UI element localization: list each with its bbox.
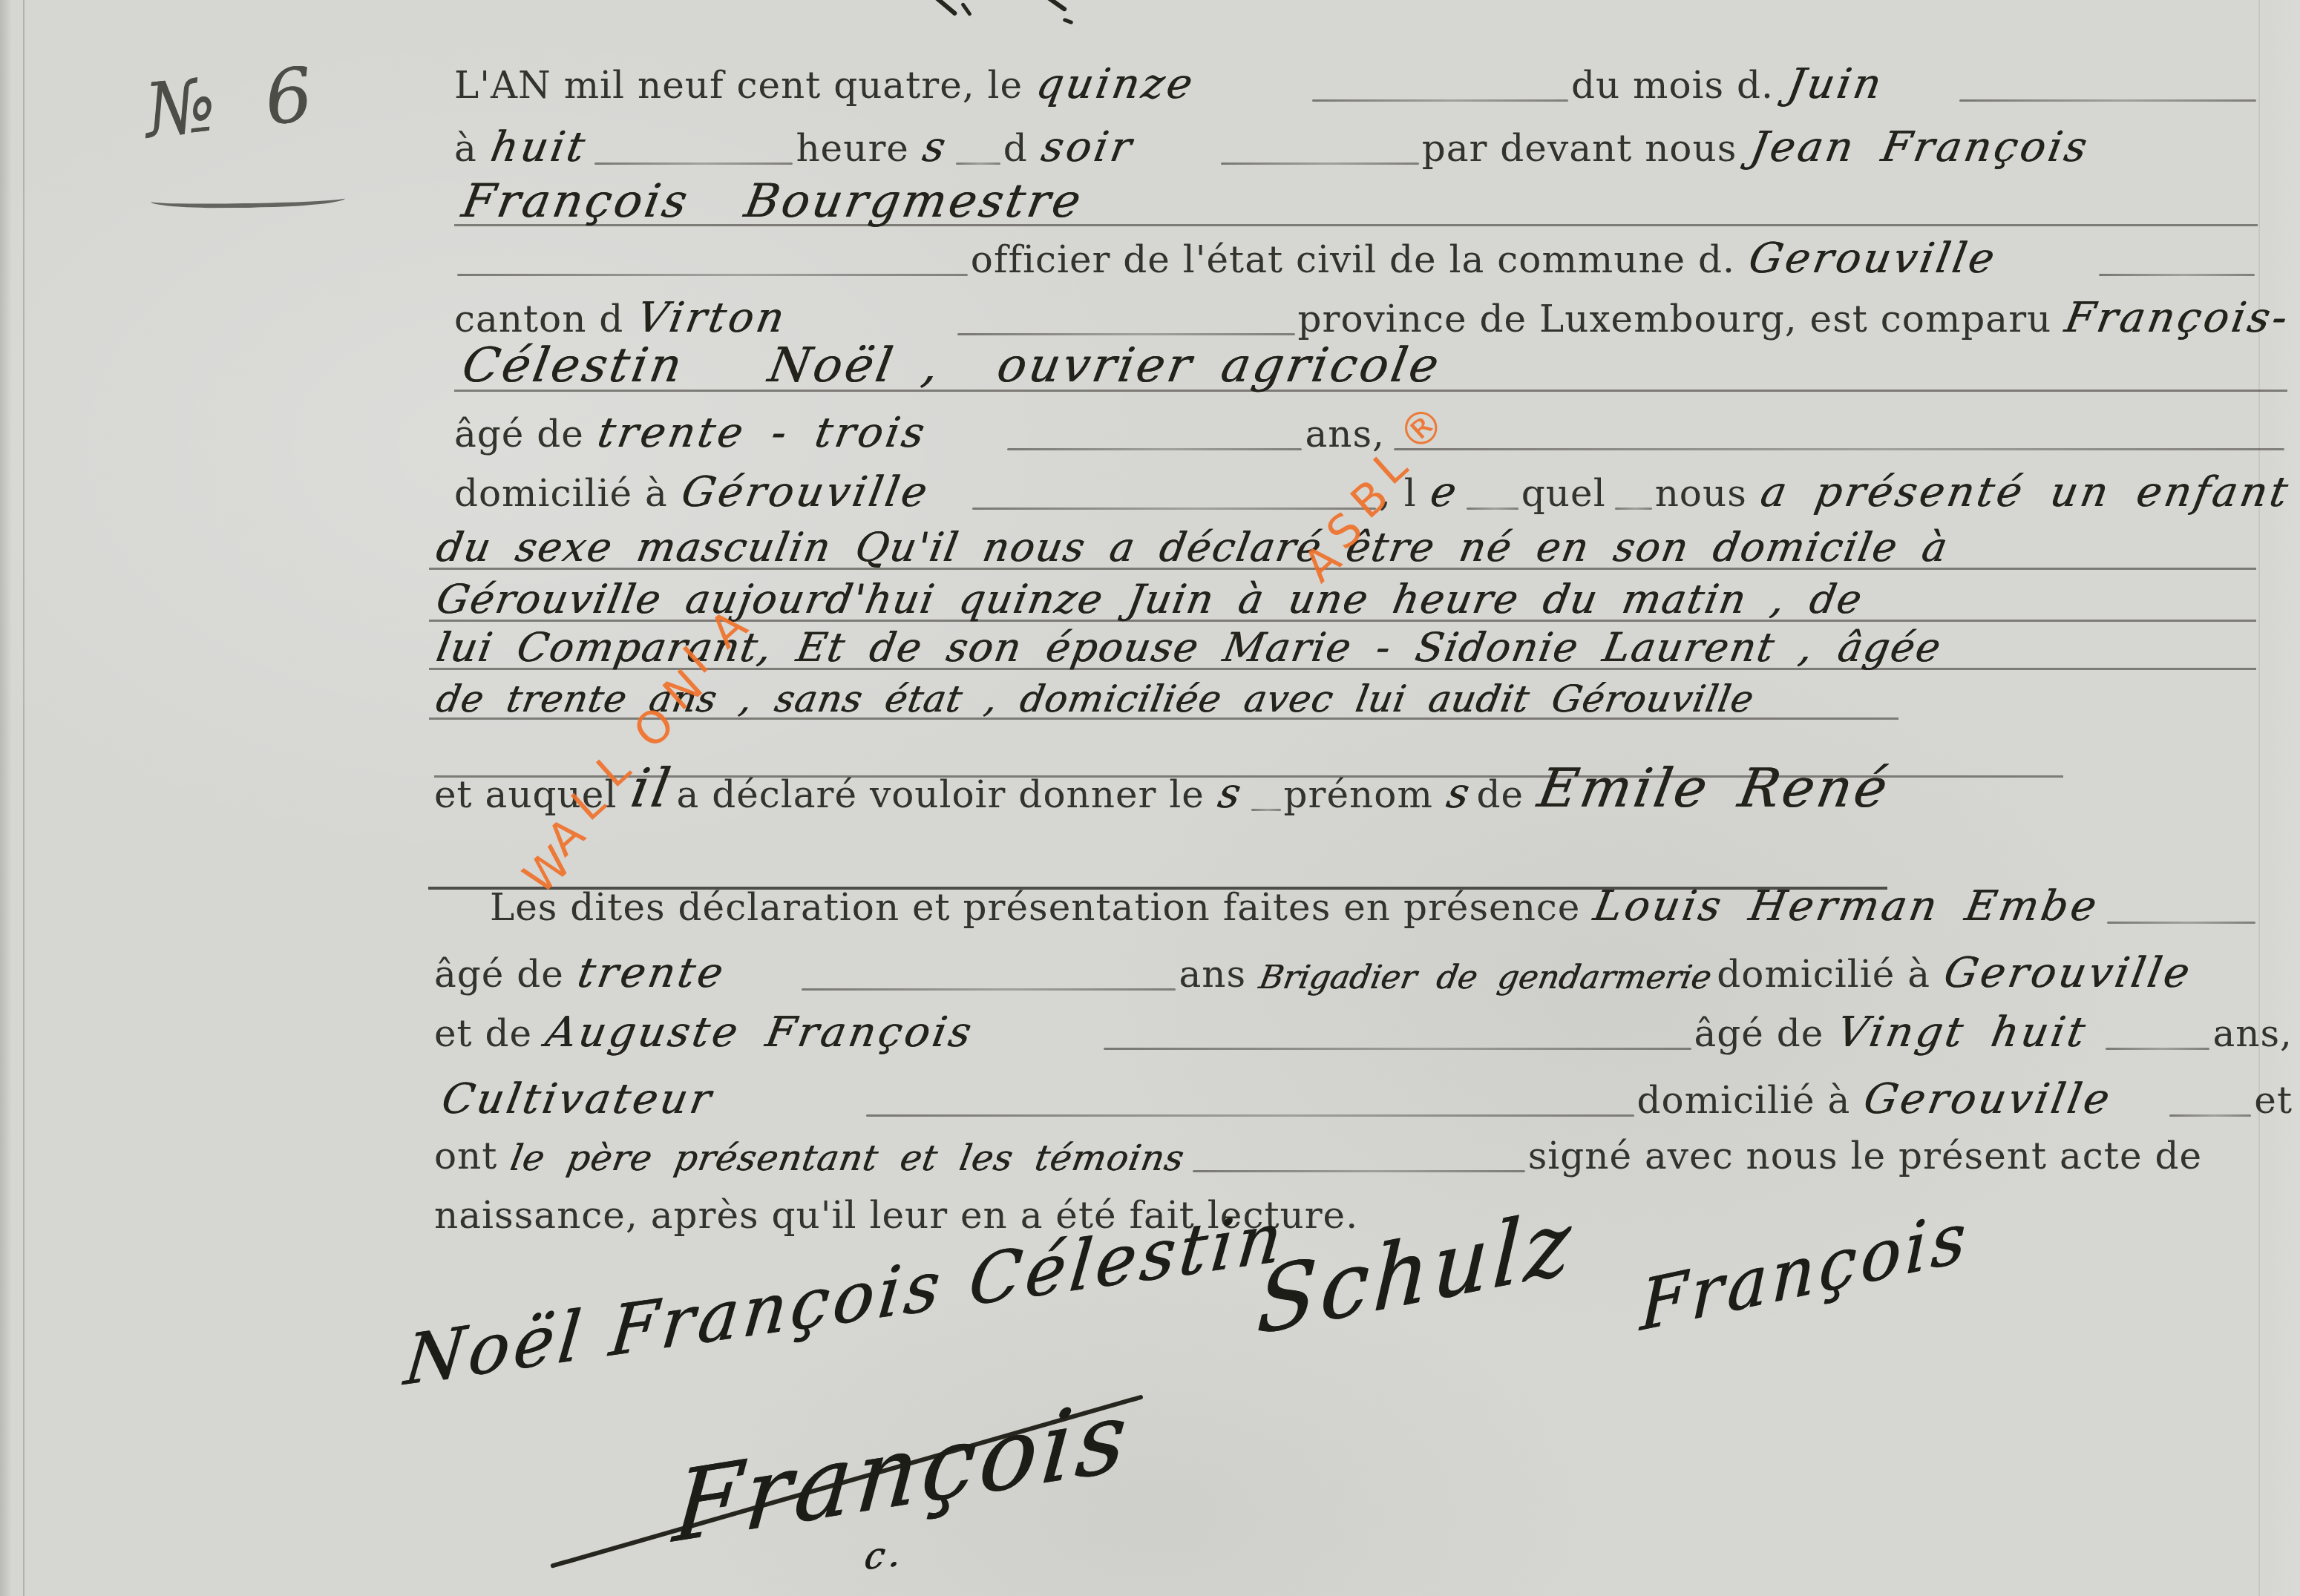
rule-line xyxy=(956,162,1000,165)
printed-text: canton d xyxy=(454,301,629,339)
handwritten-entry: Virton xyxy=(629,298,962,339)
handwritten-entry: s xyxy=(1210,773,1256,815)
signature: c. xyxy=(862,1535,908,1576)
handwritten-entry: Gérouville xyxy=(674,472,977,513)
printed-text: âgé de xyxy=(434,956,570,994)
printed-text: âgé de xyxy=(1694,1015,1830,1054)
printed-text: nous xyxy=(1655,475,1753,513)
rule-line xyxy=(2107,922,2255,924)
printed-text: domicilié à xyxy=(1717,956,1936,994)
rule-line xyxy=(1394,448,2284,450)
handwritten-entry: soir xyxy=(1034,127,1225,168)
rule-line xyxy=(2099,274,2255,276)
printed-text: province de Luxembourg, est comparu xyxy=(1298,301,2058,339)
handwritten-entry: trente xyxy=(570,953,806,994)
handwritten-entry: Jean François xyxy=(1743,127,2102,168)
handwritten-entry: Gerouville xyxy=(1741,238,2103,280)
printed-text: de xyxy=(1477,776,1530,815)
printed-text: âgé de xyxy=(454,416,590,454)
printed-text: prénom xyxy=(1284,776,1439,815)
rule-line xyxy=(866,1114,1634,1117)
rule-line xyxy=(1193,1170,1524,1172)
scanned-birth-certificate: № 6 L'AN mil neuf cent quatre, lequinzed… xyxy=(0,0,2300,1596)
form-line-19: Cultivateurdomicilié àGerouvilleet xyxy=(434,1068,2299,1120)
rule-line xyxy=(1467,508,1518,510)
printed-text: et de xyxy=(434,1015,538,1054)
rule-line xyxy=(1251,809,1281,811)
form-line-20: ontle père présentant et les témoinssign… xyxy=(434,1124,2208,1176)
rule-line xyxy=(1104,1048,1691,1050)
printed-text: par devant nous xyxy=(1422,130,1743,168)
handwritten-entry: le père présentant et les témoins xyxy=(503,1140,1196,1176)
form-line-2: àhuitheuresdsoirpar devant nousJean Fran… xyxy=(454,116,2094,168)
rule-line xyxy=(957,333,1294,335)
handwritten-entry: s xyxy=(1439,773,1484,815)
handwritten-entry: a présenté un enfant xyxy=(1753,472,2300,513)
printed-text: officier de l'état civil de la commune d… xyxy=(971,241,1741,280)
form-line-5: canton dVirtonprovince de Luxembourg, es… xyxy=(454,287,2295,339)
signature: François xyxy=(1639,1201,1970,1342)
form-line-1: L'AN mil neuf cent quatre, lequinzedu mo… xyxy=(454,53,2259,105)
printed-text: domicilié à xyxy=(454,475,674,513)
ink-mark xyxy=(1063,18,1074,24)
rule-line xyxy=(2169,1114,2251,1117)
printed-text: domicilié à xyxy=(1637,1082,1857,1120)
handwritten-entry: François Bourgmestre xyxy=(454,178,1095,224)
folio-underline xyxy=(151,190,345,210)
printed-text: ont xyxy=(434,1137,503,1176)
printed-text: signé avec nous le présent acte de xyxy=(1528,1137,2208,1176)
handwritten-entry: Louis Herman Embe xyxy=(1586,886,2111,927)
handwritten-entry: Gerouville xyxy=(1936,953,2204,994)
ink-mark xyxy=(928,0,957,16)
printed-text: à xyxy=(454,130,483,168)
ink-mark xyxy=(1042,0,1068,12)
form-line-18: et deAuguste Françoisâgé deVingt huitans… xyxy=(434,1002,2299,1054)
form-line-16: Les dites déclaration et présentation fa… xyxy=(490,876,2160,927)
rule-line xyxy=(1007,448,1303,450)
printed-text: ans, xyxy=(2212,1015,2299,1054)
handwritten-entry: s xyxy=(915,127,960,168)
rule-line xyxy=(802,988,1176,991)
paper-crease-right xyxy=(2258,0,2260,1596)
paper-crease-left xyxy=(23,0,24,1596)
printed-text: du mois d. xyxy=(1571,67,1780,105)
printed-text: quel xyxy=(1521,475,1612,513)
rule-line xyxy=(2106,1048,2209,1050)
handwritten-entry: Emile René xyxy=(1530,761,1903,815)
handwritten-entry: Gérouville aujourd'hui quinze Juin à une… xyxy=(429,579,1875,620)
printed-text: Les dites déclaration et présentation fa… xyxy=(490,889,1586,927)
handwritten-entry: trente - trois xyxy=(590,413,1012,454)
handwritten-entry: quinze xyxy=(1029,64,1317,105)
printed-text: ans xyxy=(1179,956,1252,994)
handwritten-entry: de trente ans , sans état , domiciliée a… xyxy=(429,680,1766,717)
form-line-17: âgé detrenteansBrigadier de gendarmeried… xyxy=(434,942,2197,994)
handwritten-entry: Cultivateur xyxy=(434,1079,871,1120)
handwritten-entry: Gerouville xyxy=(1856,1079,2174,1120)
form-line-6: Célestin Noël , ouvrier agricole xyxy=(454,338,2287,392)
handwritten-entry: François- xyxy=(2057,298,2300,339)
printed-text: heure xyxy=(796,130,915,168)
folio-number: № 6 xyxy=(141,56,329,149)
handwritten-entry: Auguste François xyxy=(538,1012,1108,1054)
handwritten-entry: du sexe masculin Qu'il nous a déclaré êt… xyxy=(429,528,1960,568)
handwritten-entry: lui Comparant, Et de son épouse Marie - … xyxy=(429,628,1953,668)
signature: François xyxy=(670,1386,1134,1557)
rule-line xyxy=(1959,99,2256,102)
rule-line xyxy=(594,162,793,165)
form-line-3: François Bourgmestre xyxy=(454,172,2258,226)
handwritten-entry: Vingt huit xyxy=(1829,1012,2110,1054)
ink-mark xyxy=(960,2,972,16)
form-line-14: et auquelila déclaré vouloir donner lesp… xyxy=(434,763,2063,815)
form-line-7: âgé detrente - troisans, xyxy=(454,402,2287,454)
handwritten-entry: Juin xyxy=(1780,64,1964,105)
handwritten-entry: Brigadier de gendarmerie xyxy=(1252,962,1723,994)
printed-text: et xyxy=(2254,1082,2299,1120)
handwritten-entry: huit xyxy=(483,127,599,168)
printed-text: d xyxy=(1003,130,1034,168)
rule-line xyxy=(457,274,968,276)
rule-line xyxy=(1221,162,1419,165)
rule-line xyxy=(1312,99,1568,102)
printed-text: a déclaré vouloir donner le xyxy=(676,776,1210,815)
rule-line xyxy=(972,508,1376,510)
rule-line xyxy=(1615,508,1652,510)
printed-text: L'AN mil neuf cent quatre, le xyxy=(454,67,1029,105)
form-line-4: officier de l'état civil de la commune d… xyxy=(454,228,2258,280)
handwritten-entry: Célestin Noël , ouvrier agricole xyxy=(454,342,1454,390)
handwritten-entry: e xyxy=(1423,472,1471,513)
